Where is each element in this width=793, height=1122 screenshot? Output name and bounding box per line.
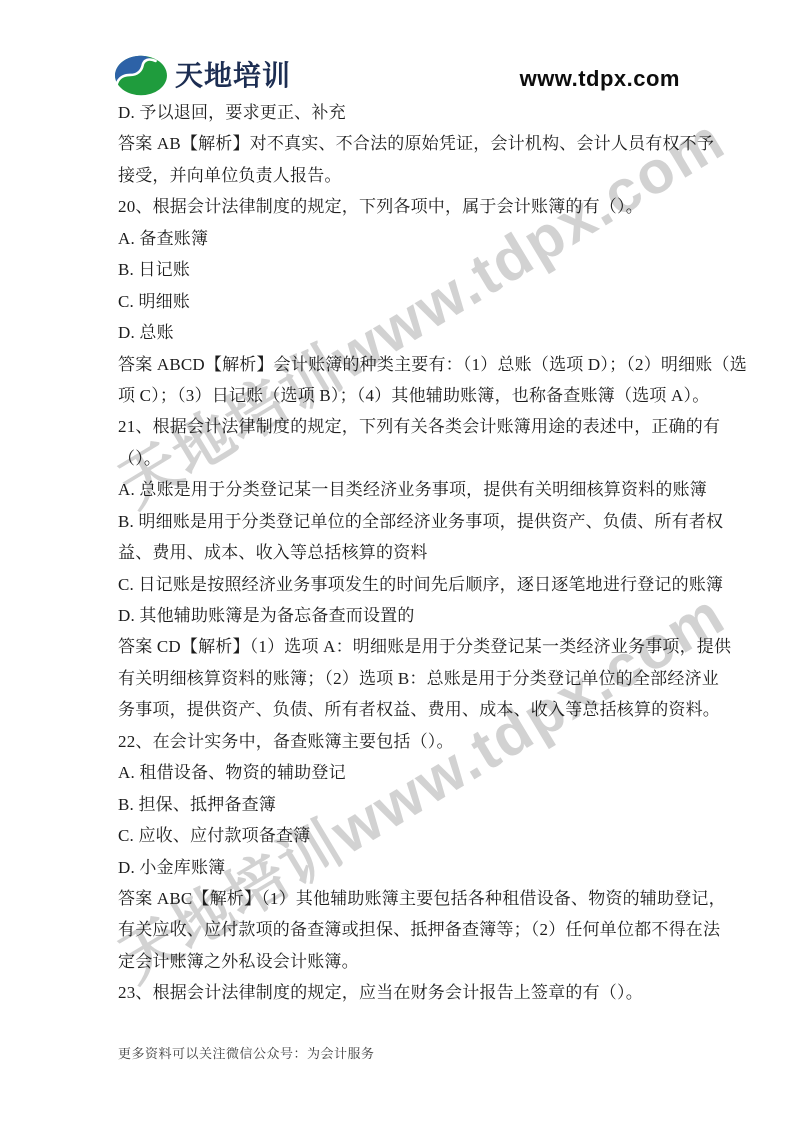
footer-note: 更多资料可以关注微信公众号：为会计服务 xyxy=(118,1043,375,1062)
text-line: B. 明细账是用于分类登记单位的全部经济业务事项，提供资产、负债、所有者权 xyxy=(118,506,698,537)
logo-swirl-icon xyxy=(114,52,168,99)
text-line: 答案 ABCD【解析】会计账簿的种类主要有：（1）总账（选项 D）；（2）明细账… xyxy=(118,349,698,380)
text-line: 答案 CD【解析】（1）选项 A：明细账是用于分类登记某一类经济业务事项，提供 xyxy=(118,631,698,662)
text-line: 有关明细核算资料的账簿；（2）选项 B：总账是用于分类登记单位的全部经济业 xyxy=(118,663,698,694)
text-line: C. 应收、应付款项备查簿 xyxy=(118,820,698,851)
text-line: 定会计账簿之外私设会计账簿。 xyxy=(118,946,698,977)
text-line: A. 总账是用于分类登记某一目类经济业务事项，提供有关明细核算资料的账簿 xyxy=(118,474,698,505)
text-line: 答案 AB【解析】对不真实、不合法的原始凭证，会计机构、会计人员有权不予 xyxy=(118,128,698,159)
logo-text: 天地培训 xyxy=(175,52,291,99)
text-line: B. 担保、抵押备查簿 xyxy=(118,789,698,820)
text-line: C. 明细账 xyxy=(118,286,698,317)
text-line: 益、费用、成本、收入等总括核算的资料 xyxy=(118,537,698,568)
text-line: A. 租借设备、物资的辅助登记 xyxy=(118,757,698,788)
text-line: 23、根据会计法律制度的规定，应当在财务会计报告上签章的有（）。 xyxy=(118,977,698,1008)
text-line: 22、在会计实务中，备查账簿主要包括（）。 xyxy=(118,726,698,757)
text-line: 20、根据会计法律制度的规定，下列各项中，属于会计账簿的有（）。 xyxy=(118,191,698,222)
document-body: D. 予以退回，要求更正、补充答案 AB【解析】对不真实、不合法的原始凭证，会计… xyxy=(118,97,698,1009)
text-line: 接受，并向单位负责人报告。 xyxy=(118,160,698,191)
text-line: 21、根据会计法律制度的规定，下列有关各类会计账簿用途的表述中，正确的有 xyxy=(118,411,698,442)
text-line: A. 备查账簿 xyxy=(118,223,698,254)
text-line: D. 总账 xyxy=(118,317,698,348)
text-line: C. 日记账是按照经济业务事项发生的时间先后顺序，逐日逐笔地进行登记的账簿 xyxy=(118,569,698,600)
site-url: www.tdpx.com xyxy=(520,66,680,92)
text-line: 务事项，提供资产、负债、所有者权益、费用、成本、收入等总括核算的资料。 xyxy=(118,694,698,725)
text-line: （）。 xyxy=(118,443,698,474)
text-line: D. 其他辅助账簿是为备忘备查而设置的 xyxy=(118,600,698,631)
text-line: 项 C）；（3）日记账（选项 B）；（4）其他辅助账簿，也称备查账簿（选项 A）… xyxy=(118,380,698,411)
logo: 天地培训 xyxy=(114,52,291,99)
text-line: D. 予以退回，要求更正、补充 xyxy=(118,97,698,128)
text-line: 答案 ABC【解析】（1）其他辅助账簿主要包括各种租借设备、物资的辅助登记， xyxy=(118,883,698,914)
text-line: B. 日记账 xyxy=(118,254,698,285)
text-line: D. 小金库账簿 xyxy=(118,852,698,883)
text-line: 有关应收、应付款项的备查簿或担保、抵押备查簿等；（2）任何单位都不得在法 xyxy=(118,914,698,945)
